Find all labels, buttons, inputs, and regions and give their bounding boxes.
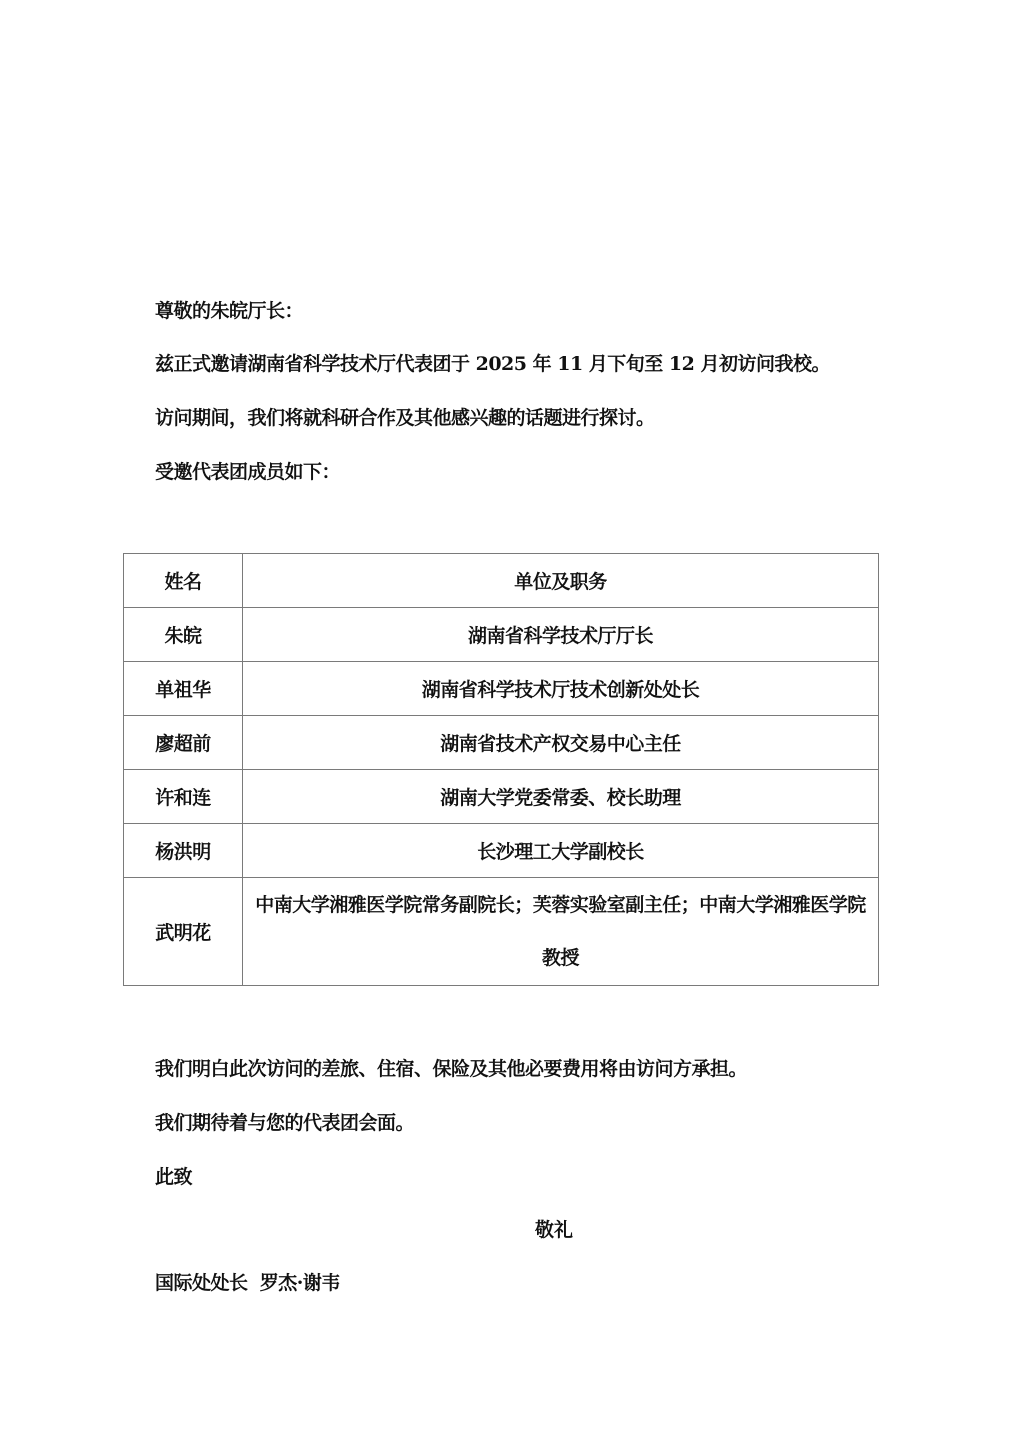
meeting-paragraph: 我们期待着与您的代表团会面。 (155, 1110, 414, 1136)
invitation-paragraph: 兹正式邀请湖南省科学技术厅代表团于 2025 年 11 月下旬至 12 月初访问… (155, 351, 830, 377)
discussion-paragraph: 访问期间，我们将就科研合作及其他感兴趣的话题进行探讨。 (155, 405, 655, 431)
table-row: 朱皖 湖南省科学技术厅厅长 (124, 608, 879, 662)
signature: 国际处处长 罗杰·谢韦 (155, 1270, 340, 1296)
member-name: 武明花 (124, 878, 243, 986)
member-name: 杨洪明 (124, 824, 243, 878)
member-position: 长沙理工大学副校长 (243, 824, 879, 878)
table-row: 许和连 湖南大学党委常委、校长助理 (124, 770, 879, 824)
member-position: 湖南省技术产权交易中心主任 (243, 716, 879, 770)
member-position: 中南大学湘雅医学院常务副院长；芙蓉实验室副主任；中南大学湘雅医学院教授 (243, 878, 879, 986)
table-row: 杨洪明 长沙理工大学副校长 (124, 824, 879, 878)
header-position: 单位及职务 (243, 554, 879, 608)
member-name: 许和连 (124, 770, 243, 824)
salutation: 尊敬的朱皖厅长： (155, 298, 303, 324)
delegation-members-table: 姓名 单位及职务 朱皖 湖南省科学技术厅厅长 单祖华 湖南省科学技术厅技术创新处… (123, 553, 879, 986)
regards-opening: 此致 (155, 1164, 192, 1190)
member-name: 单祖华 (124, 662, 243, 716)
table-row: 武明花 中南大学湘雅医学院常务副院长；芙蓉实验室副主任；中南大学湘雅医学院教授 (124, 878, 879, 986)
member-name: 廖超前 (124, 716, 243, 770)
table-header-row: 姓名 单位及职务 (124, 554, 879, 608)
members-intro: 受邀代表团成员如下： (155, 459, 340, 485)
header-name: 姓名 (124, 554, 243, 608)
member-position: 湖南省科学技术厅技术创新处处长 (243, 662, 879, 716)
regards-closing: 敬礼 (535, 1217, 573, 1243)
table-row: 单祖华 湖南省科学技术厅技术创新处处长 (124, 662, 879, 716)
member-name: 朱皖 (124, 608, 243, 662)
member-position: 湖南省科学技术厅厅长 (243, 608, 879, 662)
table-row: 廖超前 湖南省技术产权交易中心主任 (124, 716, 879, 770)
expenses-paragraph: 我们明白此次访问的差旅、住宿、保险及其他必要费用将由访问方承担。 (155, 1056, 747, 1082)
member-position: 湖南大学党委常委、校长助理 (243, 770, 879, 824)
